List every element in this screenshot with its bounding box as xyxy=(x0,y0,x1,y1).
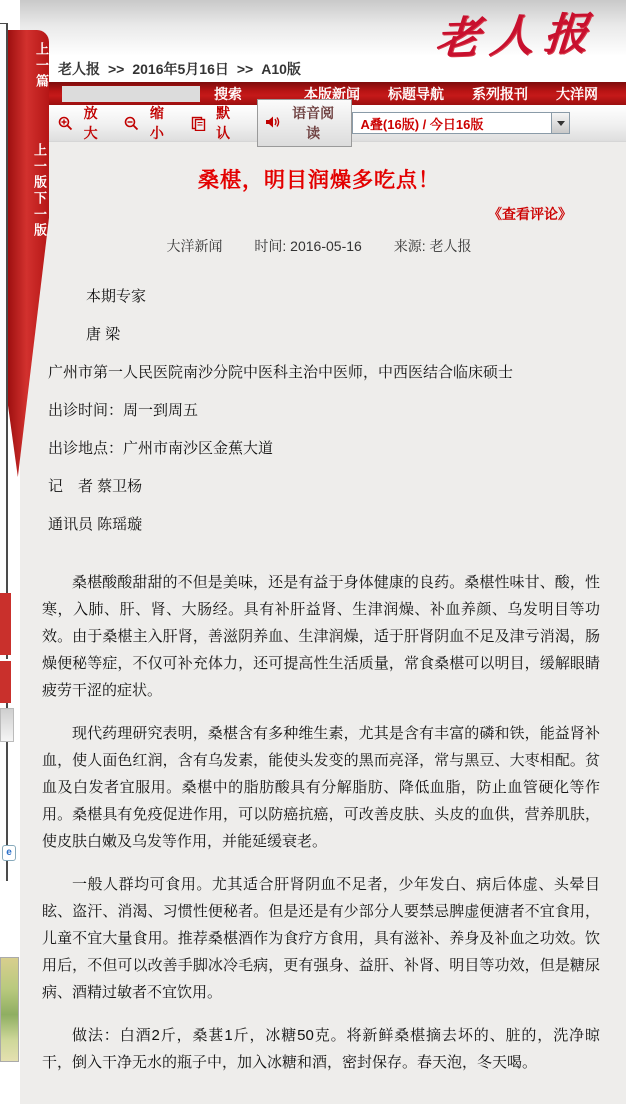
info-line: 广州市第一人民医院南沙分院中医科主治中医师，中西医结合临床硕士 xyxy=(36,364,602,381)
zoom-in-button[interactable]: 放大 xyxy=(58,103,104,143)
meta-site: 大洋新闻 xyxy=(167,238,223,254)
breadcrumb-edition[interactable]: A10版 xyxy=(261,59,301,79)
zoom-out-label: 缩小 xyxy=(143,103,170,143)
background-page-edge xyxy=(0,23,8,881)
nav-link-dayoo[interactable]: 大洋网 xyxy=(556,84,598,104)
edition-dropdown[interactable]: A叠(16版) / 今日16版 xyxy=(352,112,570,134)
zoom-in-label: 放大 xyxy=(77,103,104,143)
info-line: 出诊时间：周一到周五 xyxy=(36,402,602,419)
article-meta: 大洋新闻 时间: 2016-05-16 来源: 老人报 xyxy=(36,236,602,256)
article-content: 桑椹，明目润燥多吃点！ 《查看评论》 大洋新闻 时间: 2016-05-16 来… xyxy=(20,142,626,1076)
search-button[interactable]: 搜索 xyxy=(214,84,242,104)
prev-page-tab[interactable]: 上一版 xyxy=(8,143,49,191)
background-artifact-red xyxy=(0,659,11,703)
info-line: 出诊地点：广州市南沙区金蕉大道 xyxy=(36,440,602,457)
article-body: 桑椹酸酸甜甜的不但是美味，还是有益于身体健康的良药。桑椹性味甘、酸，性寒，入肺、… xyxy=(36,569,602,1076)
search-input[interactable] xyxy=(62,86,200,102)
background-favicon: e xyxy=(2,845,16,861)
meta-source: 来源: 老人报 xyxy=(394,238,472,254)
voice-read-button[interactable]: 语音阅读 xyxy=(257,99,352,147)
background-artifact-panel xyxy=(0,708,14,742)
expert-info-block: 本期专家 唐 梁 广州市第一人民医院南沙分院中医科主治中医师，中西医结合临床硕士… xyxy=(36,288,602,533)
nav-link-series[interactable]: 系列报刊 xyxy=(472,84,528,104)
article-paragraph: 桑椹酸酸甜甜的不但是美味，还是有益于身体健康的良药。桑椹性味甘、酸，性寒，入肺、… xyxy=(36,569,602,704)
info-line: 记 者 蔡卫杨 xyxy=(36,478,602,495)
document-copy-icon xyxy=(191,116,206,131)
zoom-out-button[interactable]: 缩小 xyxy=(124,103,170,143)
info-line: 本期专家 xyxy=(36,288,602,305)
view-comments-link[interactable]: 《查看评论》 xyxy=(36,204,572,224)
article-paragraph: 一般人群均可食用。尤其适合肝肾阴血不足者，少年发白、病后体虚、头晕目眩、盗汗、消… xyxy=(36,871,602,1006)
article-title: 桑椹，明目润燥多吃点！ xyxy=(36,164,602,194)
newspaper-logo[interactable]: 老人报 xyxy=(434,0,601,67)
voice-read-label: 语音阅读 xyxy=(286,103,341,143)
article-paragraph: 做法：白酒2斤，桑葚1斤，冰糖50克。将新鲜桑椹摘去坏的、脏的，洗净晾干，倒入干… xyxy=(36,1022,602,1076)
background-photo-thumbnail xyxy=(0,957,19,1062)
prev-article-tab[interactable]: 上一篇 xyxy=(10,42,51,90)
breadcrumb-separator: >> xyxy=(237,61,253,77)
main-panel: 老人报 老人报 >> 2016年5月16日 >> A10版 搜索 本版新闻 标题… xyxy=(20,0,626,1104)
meta-time: 时间: 2016-05-16 xyxy=(254,238,361,254)
info-line: 唐 梁 xyxy=(36,326,602,343)
speaker-icon xyxy=(265,115,281,132)
next-page-tab[interactable]: 下一版 xyxy=(8,191,49,239)
breadcrumb-date[interactable]: 2016年5月16日 xyxy=(132,59,229,79)
edition-dropdown-value: A叠(16版) / 今日16版 xyxy=(353,114,551,133)
chevron-down-icon[interactable] xyxy=(551,113,569,133)
breadcrumb-home[interactable]: 老人报 xyxy=(58,59,100,79)
magnifier-minus-icon xyxy=(124,116,139,131)
default-size-button[interactable]: 默认 xyxy=(191,103,237,143)
default-size-label: 默认 xyxy=(210,103,237,143)
magnifier-plus-icon xyxy=(58,116,73,131)
article-paragraph: 现代药理研究表明，桑椹含有多种维生素，尤其是含有丰富的磷和铁，能益肾补血，使人面… xyxy=(36,720,602,855)
info-line: 通讯员 陈瑶璇 xyxy=(36,516,602,533)
toolbar: 放大 缩小 默认 语音阅读 A叠(16版) / 今日16版 xyxy=(20,105,626,142)
masthead: 老人报 xyxy=(20,0,626,56)
breadcrumb-separator: >> xyxy=(108,61,124,77)
background-artifact-red xyxy=(0,593,11,655)
nav-link-title-nav[interactable]: 标题导航 xyxy=(388,84,444,104)
